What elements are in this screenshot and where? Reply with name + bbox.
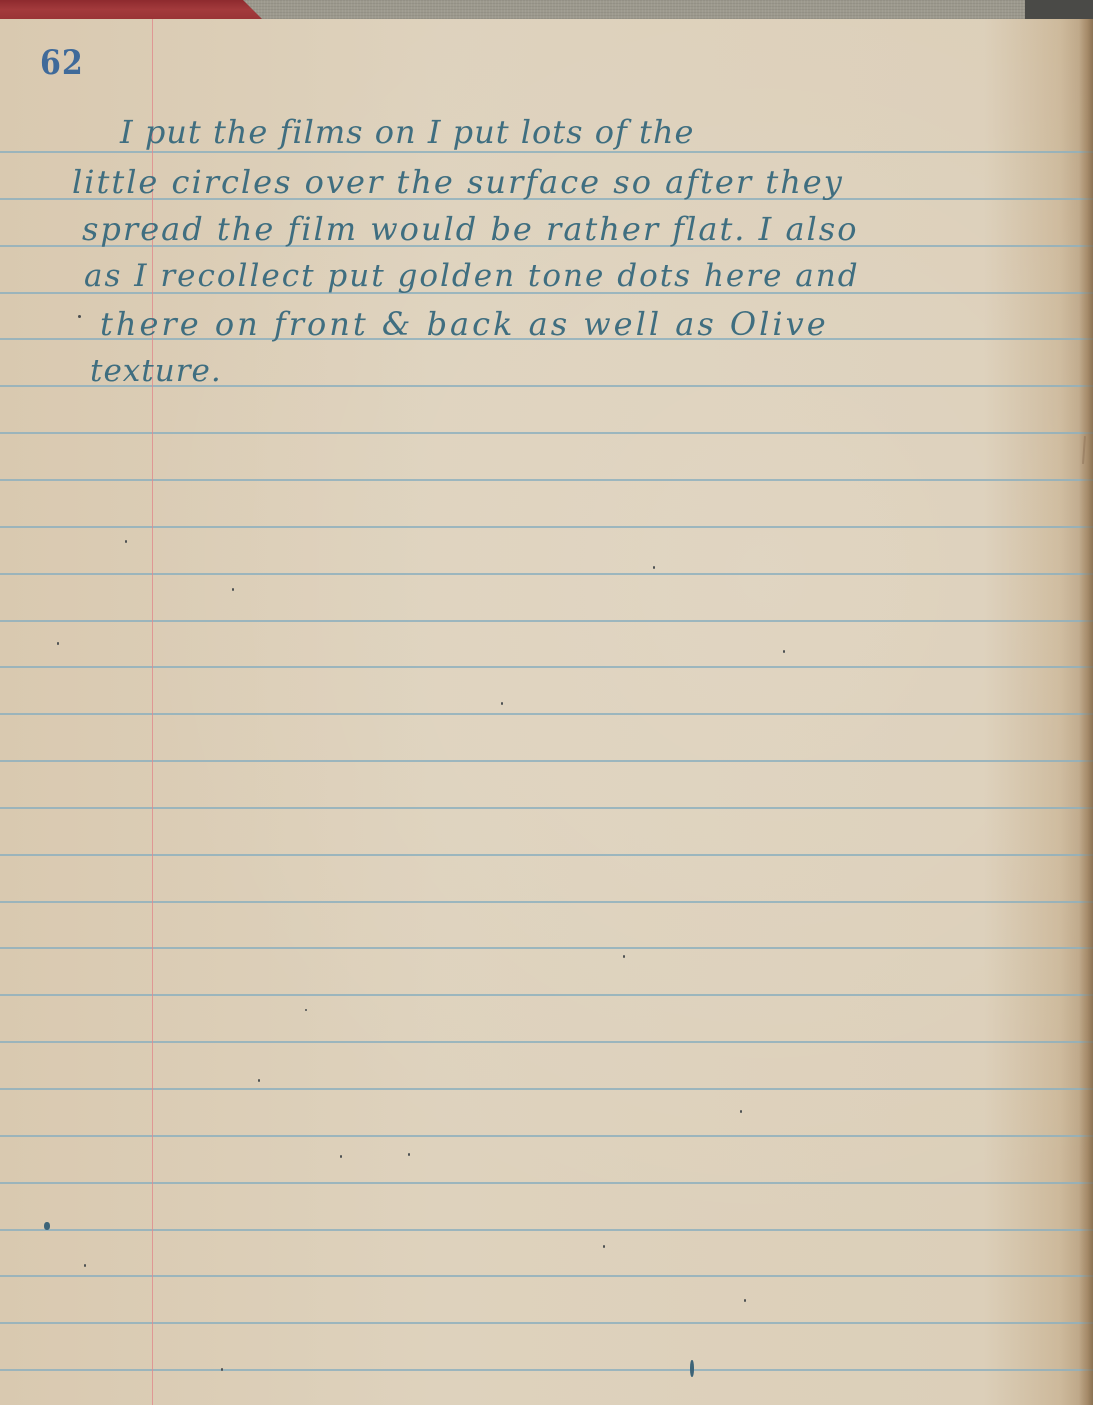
- ruled-line: [0, 1229, 1093, 1231]
- paper-speck: [783, 650, 785, 653]
- ruled-line: [0, 1322, 1093, 1324]
- paper-speck: [232, 588, 234, 591]
- paper-speck: [744, 1299, 746, 1302]
- ruled-line: [0, 854, 1093, 856]
- ruled-line: [0, 479, 1093, 481]
- ruled-line: [0, 760, 1093, 762]
- paper-speck: [340, 1155, 342, 1158]
- cover-cloth-binding: [240, 0, 1030, 19]
- ruled-line: [0, 994, 1093, 996]
- ruled-line: [0, 1275, 1093, 1277]
- paper-speck: [221, 1368, 223, 1371]
- ruled-line: [0, 526, 1093, 528]
- ink-blot: [690, 1360, 694, 1377]
- paper-speck: [501, 702, 503, 705]
- paper-speck: [603, 1245, 605, 1248]
- ruled-line: [0, 1135, 1093, 1137]
- paper-speck: [408, 1153, 410, 1156]
- paper-speck: [57, 643, 59, 645]
- notebook-cover-band: [0, 0, 1093, 19]
- ruled-line: [0, 901, 1093, 903]
- paper-speck: [78, 315, 81, 318]
- ruled-line: [0, 1088, 1093, 1090]
- page-edge-shadow: [1079, 19, 1093, 1405]
- paper-speck: [653, 566, 655, 569]
- cover-dark-corner: [1025, 0, 1093, 19]
- ruled-line: [0, 1182, 1093, 1184]
- ruled-line: [0, 807, 1093, 809]
- cover-red-board: [0, 0, 262, 19]
- ruled-line: [0, 432, 1093, 434]
- page-number: 62: [40, 44, 84, 83]
- paper-speck: [740, 1110, 742, 1113]
- ruled-line: [0, 620, 1093, 622]
- ruled-line: [0, 1369, 1093, 1371]
- ruled-line: [0, 573, 1093, 575]
- paper-speck: [623, 955, 625, 958]
- handwritten-line-6: texture.: [90, 356, 222, 387]
- handwritten-line-1: I put the films on I put lots of the: [120, 116, 694, 148]
- handwritten-line-4: as I recollect put golden tone dots here…: [84, 261, 860, 292]
- ink-blot: [44, 1222, 50, 1230]
- handwritten-line-3: spread the film would be rather flat. I …: [82, 213, 858, 245]
- handwritten-line-2: little circles over the surface so after…: [72, 166, 844, 198]
- paper-speck: [84, 1264, 86, 1267]
- paper-speck: [258, 1079, 260, 1082]
- paper-speck: [305, 1009, 307, 1011]
- ruled-line: [0, 1041, 1093, 1043]
- ruled-line: [0, 713, 1093, 715]
- paper-speck: [125, 540, 127, 543]
- ruled-line: [0, 947, 1093, 949]
- handwritten-line-5: there on front & back as well as Olive: [100, 308, 829, 340]
- ruled-line: [0, 666, 1093, 668]
- ruled-line: [0, 151, 1093, 153]
